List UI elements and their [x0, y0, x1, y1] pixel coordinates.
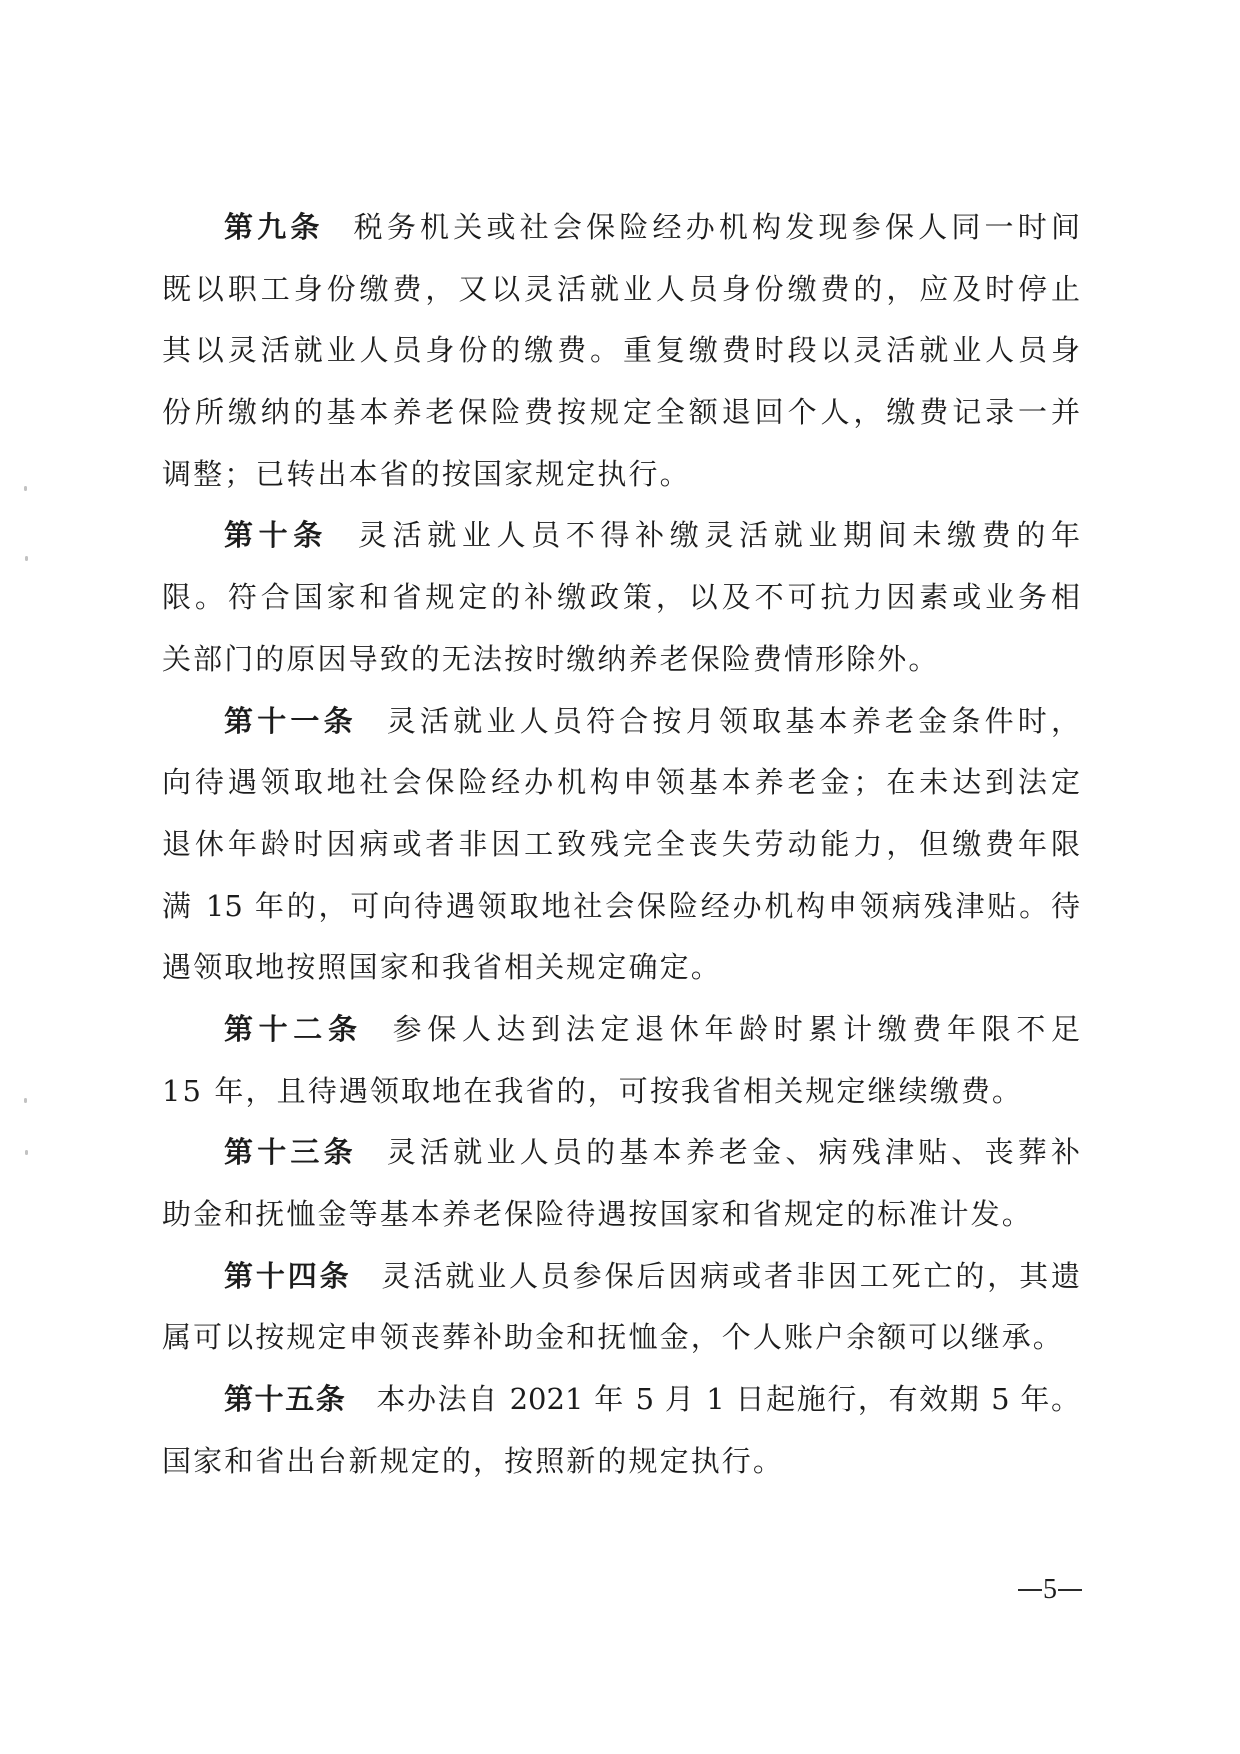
page-number: 5: [1010, 1574, 1090, 1606]
article-text: 灵活就业人员的基本养老金、病残津贴、丧葬补: [387, 1135, 1080, 1169]
article-13: 第十三条灵活就业人员的基本养老金、病残津贴、丧葬补 助金和抚恤金等基本养老保险待…: [162, 1122, 1080, 1245]
article-number: 第十一条: [224, 704, 357, 738]
article-line: 遇领取地按照国家和我省相关规定确定。: [162, 937, 1080, 999]
scan-artifact-mark: [24, 486, 27, 491]
article-line: 第十二条参保人达到法定退休年龄时累计缴费年限不足: [162, 999, 1080, 1061]
article-line: 限。符合国家和省规定的补缴政策，以及不可抗力因素或业务相: [162, 567, 1080, 629]
article-text: 灵活就业人员符合按月领取基本养老金条件时，: [387, 704, 1080, 738]
article-number: 第十五条: [224, 1382, 346, 1416]
article-line: 第九条税务机关或社会保险经办机构发现参保人同一时间: [162, 197, 1080, 259]
article-11: 第十一条灵活就业人员符合按月领取基本养老金条件时， 向待遇领取地社会保险经办机构…: [162, 691, 1080, 999]
dash-right: [1058, 1589, 1082, 1591]
article-text: 灵活就业人员参保后因病或者非因工死亡的，其遗: [382, 1259, 1080, 1293]
article-14: 第十四条灵活就业人员参保后因病或者非因工死亡的，其遗 属可以按规定申领丧葬补助金…: [162, 1246, 1080, 1369]
scan-artifact-mark: [25, 1150, 28, 1155]
article-10: 第十条灵活就业人员不得补缴灵活就业期间未缴费的年 限。符合国家和省规定的补缴政策…: [162, 505, 1080, 690]
article-text: 参保人达到法定退休年龄时累计缴费年限不足: [393, 1012, 1080, 1046]
article-line: 助金和抚恤金等基本养老保险待遇按国家和省规定的标准计发。: [162, 1184, 1080, 1246]
scan-artifact-mark: [24, 1098, 27, 1103]
article-text: 税务机关或社会保险经办机构发现参保人同一时间: [354, 210, 1080, 244]
article-15: 第十五条本办法自 2021 年 5 月 1 日起施行，有效期 5 年。 国家和省…: [162, 1369, 1080, 1492]
article-number: 第十三条: [224, 1135, 357, 1169]
article-line: 第十条灵活就业人员不得补缴灵活就业期间未缴费的年: [162, 505, 1080, 567]
article-number: 第十条: [224, 518, 328, 552]
document-body: 第九条税务机关或社会保险经办机构发现参保人同一时间 既以职工身份缴费，又以灵活就…: [162, 197, 1080, 1492]
article-line: 调整；已转出本省的按国家规定执行。: [162, 444, 1080, 506]
article-12: 第十二条参保人达到法定退休年龄时累计缴费年限不足 15 年，且待遇领取地在我省的…: [162, 999, 1080, 1122]
article-line: 属可以按规定申领丧葬补助金和抚恤金，个人账户余额可以继承。: [162, 1307, 1080, 1369]
article-line: 满 15 年的，可向待遇领取地社会保险经办机构申领病残津贴。待: [162, 876, 1080, 938]
article-number: 第十四条: [224, 1259, 352, 1293]
article-line: 退休年龄时因病或者非因工致残完全丧失劳动能力，但缴费年限: [162, 814, 1080, 876]
article-line: 向待遇领取地社会保险经办机构申领基本养老金；在未达到法定: [162, 752, 1080, 814]
dash-left: [1018, 1589, 1042, 1591]
article-line: 第十四条灵活就业人员参保后因病或者非因工死亡的，其遗: [162, 1246, 1080, 1308]
article-text: 本办法自 2021 年 5 月 1 日起施行，有效期 5 年。: [376, 1382, 1080, 1416]
article-line: 第十五条本办法自 2021 年 5 月 1 日起施行，有效期 5 年。: [162, 1369, 1080, 1431]
article-number: 第十二条: [224, 1012, 363, 1046]
scan-artifact-mark: [25, 556, 28, 561]
article-line: 其以灵活就业人员身份的缴费。重复缴费时段以灵活就业人员身: [162, 320, 1080, 382]
article-line: 国家和省出台新规定的，按照新的规定执行。: [162, 1431, 1080, 1493]
article-line: 关部门的原因导致的无法按时缴纳养老保险费情形除外。: [162, 629, 1080, 691]
document-page: 第九条税务机关或社会保险经办机构发现参保人同一时间 既以职工身份缴费，又以灵活就…: [0, 0, 1240, 1754]
article-line: 第十一条灵活就业人员符合按月领取基本养老金条件时，: [162, 691, 1080, 753]
article-line: 15 年，且待遇领取地在我省的，可按我省相关规定继续缴费。: [162, 1061, 1080, 1123]
article-line: 既以职工身份缴费，又以灵活就业人员身份缴费的，应及时停止: [162, 259, 1080, 321]
article-text: 灵活就业人员不得补缴灵活就业期间未缴费的年: [358, 518, 1080, 552]
page-number-value: 5: [1043, 1574, 1057, 1606]
article-9: 第九条税务机关或社会保险经办机构发现参保人同一时间 既以职工身份缴费，又以灵活就…: [162, 197, 1080, 505]
article-number: 第九条: [224, 210, 324, 244]
article-line: 份所缴纳的基本养老保险费按规定全额退回个人，缴费记录一并: [162, 382, 1080, 444]
article-line: 第十三条灵活就业人员的基本养老金、病残津贴、丧葬补: [162, 1122, 1080, 1184]
